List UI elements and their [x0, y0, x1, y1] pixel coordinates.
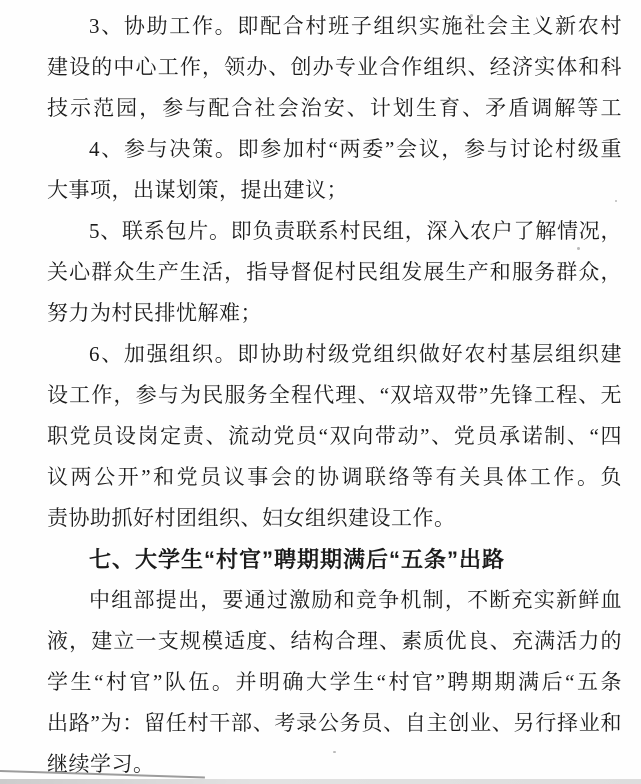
text-line: 学生“村官”队伍。并明确大学生“村官”聘期期满后“五条	[47, 662, 622, 703]
document-body: 3、协助工作。即配合村班子组织实施社会主义新农村 建设的中心工作，领办、创办专业…	[47, 6, 622, 784]
scan-artifact-speck	[95, 597, 97, 599]
scan-artifact-speck	[470, 14, 473, 17]
text-line: 5、联系包片。即负责联系村民组，深入农户了解情况，	[47, 211, 622, 252]
text-line: 继续学习。	[47, 744, 622, 784]
text-line: 努力为村民排忧解难；	[47, 293, 622, 334]
text-line: 6、加强组织。即协助村级党组织做好农村基层组织建	[47, 334, 622, 375]
text-line: 技示范园，参与配合社会治安、计划生育、矛盾调解等工作；	[47, 88, 622, 129]
text-line: 出路”为：留任村干部、考录公务员、自主创业、另行择业和	[47, 703, 622, 744]
scanned-document-page: 3、协助工作。即配合村班子组织实施社会主义新农村 建设的中心工作，领办、创办专业…	[0, 0, 641, 784]
text-line: 4、参与决策。即参加村“两委”会议，参与讨论村级重	[47, 129, 622, 170]
text-line: 议两公开”和党员议事会的协调联络等有关具体工作。负	[47, 457, 622, 498]
scan-artifact-speck	[577, 247, 580, 250]
text-line: 中组部提出，要通过激励和竞争机制，不断充实新鲜血	[47, 580, 622, 621]
text-line: 职党员设岗定责、流动党员“双向带动”、党员承诺制、“四	[47, 416, 622, 457]
text-line: 建设的中心工作，领办、创办专业合作组织、经济实体和科	[47, 47, 622, 88]
text-line: 大事项，出谋划策，提出建议；	[47, 170, 622, 211]
text-line: 责协助抓好村团组织、妇女组织建设工作。	[47, 498, 622, 539]
scan-artifact-speck	[615, 200, 617, 202]
section-heading: 七、大学生“村官”聘期期满后“五条”出路	[47, 539, 622, 580]
text-line: 液，建立一支规模适度、结构合理、素质优良、充满活力的大	[47, 621, 622, 662]
scan-artifact-speck	[333, 751, 336, 753]
text-line: 3、协助工作。即配合村班子组织实施社会主义新农村	[47, 6, 622, 47]
scan-artifact-bottom-shadow	[0, 779, 641, 784]
text-line: 关心群众生产生活，指导督促村民组发展生产和服务群众，	[47, 252, 622, 293]
text-line: 设工作，参与为民服务全程代理、“双培双带”先锋工程、无	[47, 375, 622, 416]
